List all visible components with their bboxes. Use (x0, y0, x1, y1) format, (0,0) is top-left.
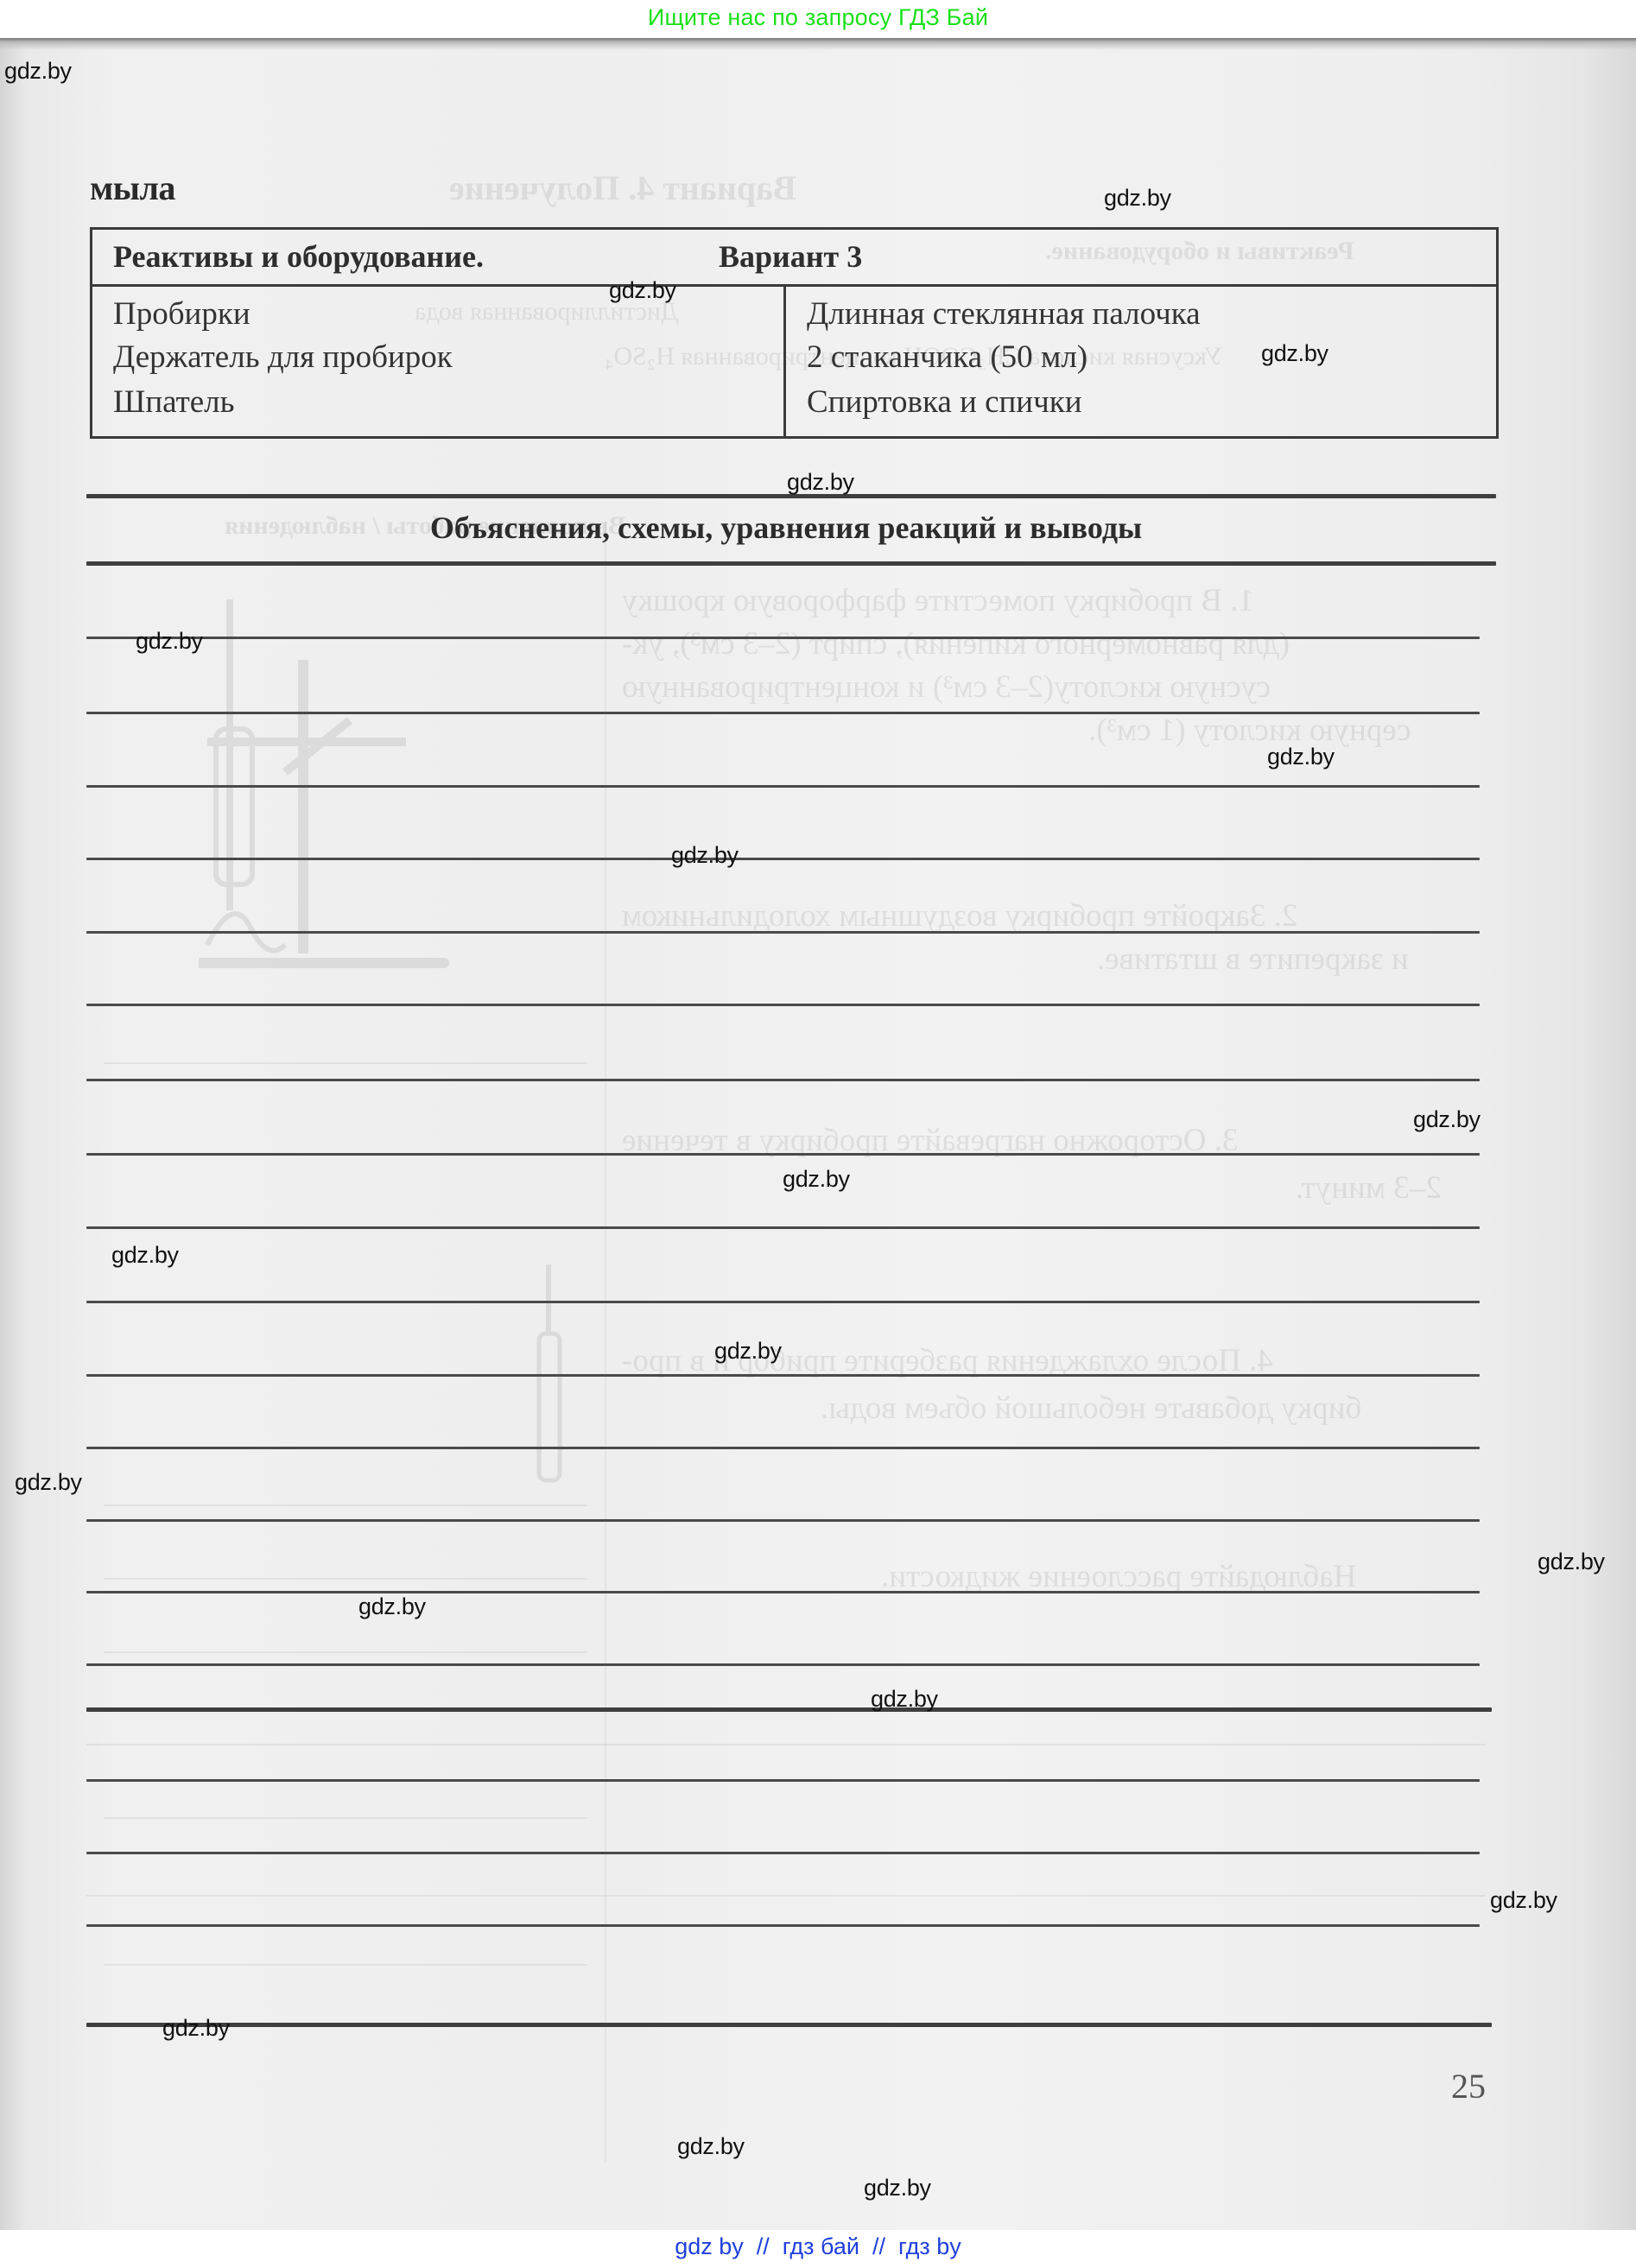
bleed-through-step: и закрепите в штативе. (1097, 941, 1409, 978)
site-links-text[interactable]: gdz by // гдз бай // гдз by (675, 2233, 961, 2260)
bleed-through-step: Наблюдайте расслоение жидкости. (881, 1558, 1356, 1595)
bleed-through-step: (для равномерного кипения), спирт (2–3 с… (622, 625, 1290, 662)
equipment-column-left: Пробирки Держатель для пробирок Шпатель (92, 287, 786, 436)
bleed-through-rule (104, 1062, 587, 1064)
answer-line (86, 1447, 1480, 1449)
answer-line (86, 1374, 1480, 1377)
bleed-through-rule (104, 1964, 587, 1966)
variant-label: Вариант 3 (719, 238, 862, 275)
answer-line (86, 931, 1480, 934)
answer-line (86, 1924, 1480, 1927)
answer-line (86, 1153, 1480, 1156)
answer-line (86, 712, 1480, 714)
bleed-through-step: бирку добавьте небольшой объем воды. (821, 1390, 1361, 1427)
bleed-through-step: серную кислоту (1 см³). (1088, 712, 1411, 749)
answer-line (86, 1707, 1492, 1712)
watermark: gdz.by (783, 1166, 850, 1193)
bleed-through-lab-stand-illustration (199, 599, 510, 997)
bleed-through-step: 2. Закройте пробирку воздушным холодильн… (622, 897, 1297, 934)
watermark: gdz.by (1267, 744, 1335, 770)
search-hint-text[interactable]: Ищите нас по запросу ГДЗ Бай (648, 4, 988, 31)
bleed-through-rule (104, 1578, 587, 1580)
watermark: gdz.by (358, 1593, 426, 1620)
watermark: gdz.by (1413, 1106, 1481, 1133)
answer-line (86, 785, 1480, 788)
answer-line (86, 1519, 1480, 1522)
answer-line (86, 1226, 1480, 1229)
watermark: gdz.by (15, 1469, 82, 1496)
watermark: gdz.by (677, 2133, 745, 2160)
section-word: мыла (90, 168, 175, 208)
page-number: 25 (1451, 2066, 1486, 2106)
answer-line (86, 1301, 1480, 1303)
watermark: gdz.by (4, 58, 72, 85)
answer-line (86, 637, 1480, 639)
watermark: gdz.by (1261, 340, 1328, 367)
answer-line (86, 1852, 1480, 1854)
answer-line (86, 1004, 1480, 1006)
bleed-through-step: 1. В пробирку поместите фарфоровую крошк… (622, 582, 1254, 619)
answer-line (86, 2023, 1492, 2027)
equipment-column-right: Длинная стеклянная палочка 2 стаканчика … (786, 287, 1496, 436)
top-banner: Ищите нас по запросу ГДЗ Бай (0, 0, 1636, 38)
bleed-through-rule (86, 1744, 1486, 1745)
scanned-workbook-page: Вариант 4. Получение Реактивы и оборудов… (0, 38, 1636, 2230)
answer-line (86, 1591, 1480, 1593)
watermark: gdz.by (671, 842, 739, 869)
watermark: gdz.by (871, 1686, 938, 1713)
watermark: gdz.by (136, 628, 203, 655)
watermark: gdz.by (162, 2015, 230, 2042)
bleed-through-rule (104, 1817, 587, 1819)
bleed-through-column-divider (605, 522, 606, 2163)
equipment-item: Шпатель (113, 383, 235, 421)
equipment-item: Пробирки (113, 295, 250, 333)
bleed-through-rule (86, 1895, 1486, 1897)
bleed-through-header: Вариант 4. Получение (449, 168, 796, 208)
equipment-item: Держатель для пробирок (113, 339, 453, 376)
bleed-through-step: сусную кислоту(2–3 см³) и концентрирован… (622, 668, 1271, 706)
equipment-item: Длинная стеклянная палочка (807, 295, 1201, 333)
watermark: gdz.by (864, 2175, 931, 2201)
equipment-table-title: Реактивы и оборудование. (113, 238, 484, 275)
bleed-through-rule (104, 1505, 587, 1506)
bleed-through-rule (104, 1651, 587, 1653)
answer-line (86, 1779, 1480, 1782)
equipment-table: Реактивы и оборудование. Вариант 3 Проби… (90, 227, 1499, 439)
section-title: Объяснения, схемы, уравнения реакций и в… (0, 510, 1636, 546)
answer-line (86, 858, 1480, 860)
bleed-through-step: 2–3 минут. (1296, 1169, 1442, 1207)
watermark: gdz.by (787, 469, 854, 496)
section-title-bottom-rule (86, 561, 1496, 566)
watermark: gdz.by (1538, 1549, 1605, 1575)
equipment-item: 2 стаканчика (50 мл) (807, 339, 1087, 376)
bottom-banner: gdz by // гдз бай // гдз by (0, 2230, 1636, 2268)
watermark: gdz.by (714, 1338, 782, 1365)
watermark: gdz.by (111, 1242, 179, 1269)
bleed-through-tube-illustration (536, 1264, 570, 1489)
equipment-item: Спиртовка и спички (807, 383, 1082, 421)
watermark: gdz.by (1104, 185, 1171, 212)
answer-line (86, 1663, 1480, 1666)
section-title-text: Объяснения, схемы, уравнения реакций и в… (430, 510, 1142, 545)
watermark: gdz.by (609, 277, 676, 304)
equipment-table-header: Реактивы и оборудование. Вариант 3 (92, 230, 1496, 287)
answer-line (86, 1079, 1480, 1081)
watermark: gdz.by (1490, 1887, 1557, 1914)
